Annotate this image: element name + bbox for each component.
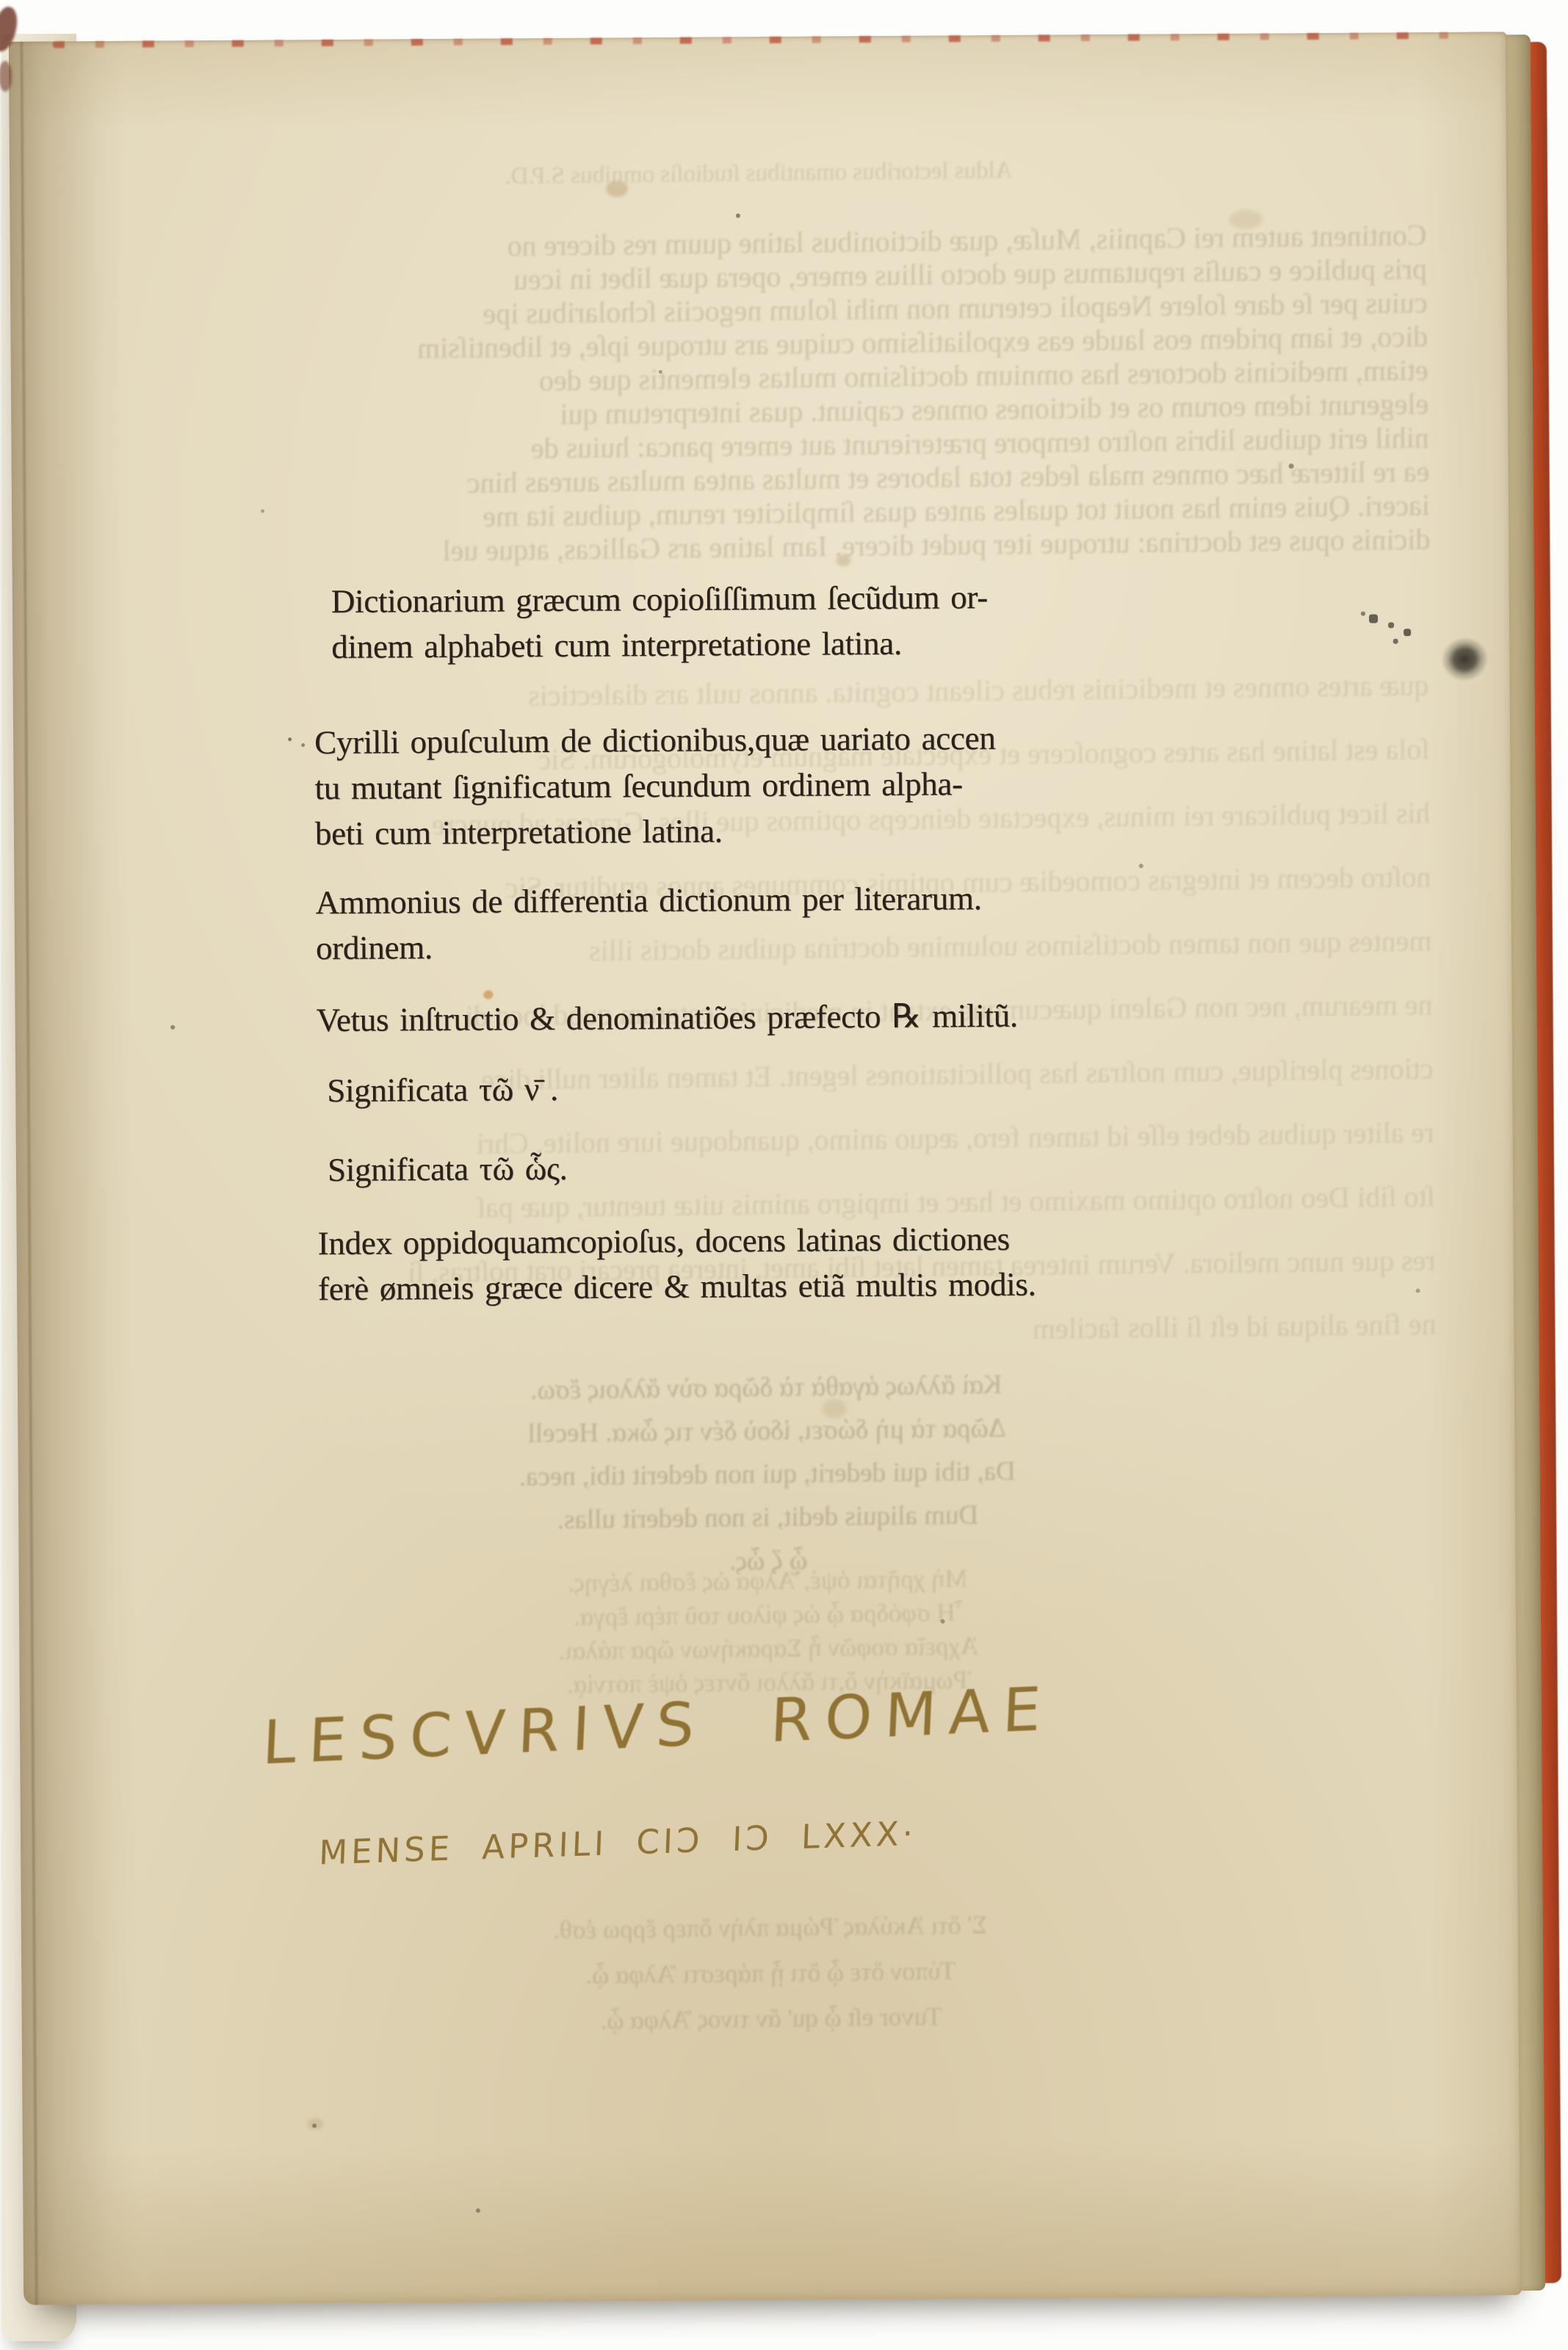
- entry-vetus-instructio: Vetus inſtructio & denominatiões præfect…: [316, 991, 1168, 1043]
- printed-line: beti cum interpretatione latina.: [315, 805, 1167, 856]
- inscription-line-2: MENSE APRILI CIƆ IƆ LXXX·: [318, 1814, 917, 1873]
- printed-line: Vetus inſtructio & denominatiões præfect…: [316, 991, 1168, 1043]
- top-edge-red-stain: [53, 32, 1478, 48]
- printed-line: tu mutant ſignificatum ſecundum ordinem …: [314, 759, 1166, 811]
- printed-line: Dictionarium græcum copioſiſſimum ſecũdu…: [331, 573, 1183, 624]
- marginal-mark: [288, 737, 292, 741]
- showthrough-below-inscription: Σ' ὅτι Ἀκύλας Ῥώμα πλὴν ὅπερ ἔρρω ἐσθ.Τύ…: [314, 1900, 1226, 2047]
- entry-ammonius: Ammonius de differentia dictionum per li…: [315, 874, 1168, 971]
- book-page: Aldus lectoribus omantibus ſtudioſis omn…: [9, 32, 1522, 2304]
- printed-line: ordinem.: [316, 919, 1168, 971]
- entry-significata-n: Significata τῶ ν̄ .: [317, 1062, 1179, 1113]
- printed-line: Significata τῶ ὧς.: [328, 1141, 1179, 1193]
- entry-index: Index oppidoquamcopioſus, docens latinas…: [317, 1215, 1170, 1312]
- foxing-spot: [606, 181, 628, 197]
- ink-blot: [1437, 633, 1492, 686]
- printed-line: Cyrilli opuſculum de dictionibus,quæ uar…: [314, 714, 1166, 765]
- foxing-spot: [836, 554, 850, 566]
- book-photo: Aldus lectoribus omantibus ſtudioſis omn…: [0, 0, 1568, 2350]
- entry-dictionarium: Dictionarium græcum copioſiſſimum ſecũdu…: [314, 573, 1184, 670]
- showthrough-middle-block: Καὶ ἄλλως ἀγαθὰ τὰ δῶρα σὺν ἄλλοις ἔσω.Δ…: [311, 1361, 1224, 1588]
- entry-significata-os: Significata τῶ ὧς.: [317, 1141, 1179, 1193]
- foxing-spot: [308, 2118, 324, 2130]
- ink-blot-specks: [9, 42, 10, 43]
- printed-line: Ammonius de differentia dictionum per li…: [315, 874, 1167, 925]
- showthrough-line: Aldus lectoribus omantibus ſtudioſis omn…: [10, 151, 1508, 196]
- printed-line: dinem alphabeti cum interpretatione lati…: [331, 618, 1183, 670]
- showthrough-header: Aldus lectoribus omantibus ſtudioſis omn…: [10, 151, 1508, 196]
- showthrough-lower-block: Μὴ χρῆται ὀψέ, Ἄλφα ὡς ἔσθαι λέγης.Ἦ σφό…: [312, 1559, 1224, 1705]
- showthrough-upper-block: Continent autem rei Capniis, Muſæ, quæ d…: [119, 218, 1430, 571]
- printed-line: Significata τῶ ν̄ .: [327, 1062, 1179, 1113]
- entry-cyrilli: Cyrilli opuſculum de dictionibus,quæ uar…: [314, 714, 1167, 856]
- printed-line: Index oppidoquamcopioſus, docens latinas…: [317, 1215, 1169, 1266]
- foxing-spot: [822, 1399, 847, 1418]
- printed-line: ferè ømneis græce dicere & multas etiã m…: [318, 1260, 1170, 1312]
